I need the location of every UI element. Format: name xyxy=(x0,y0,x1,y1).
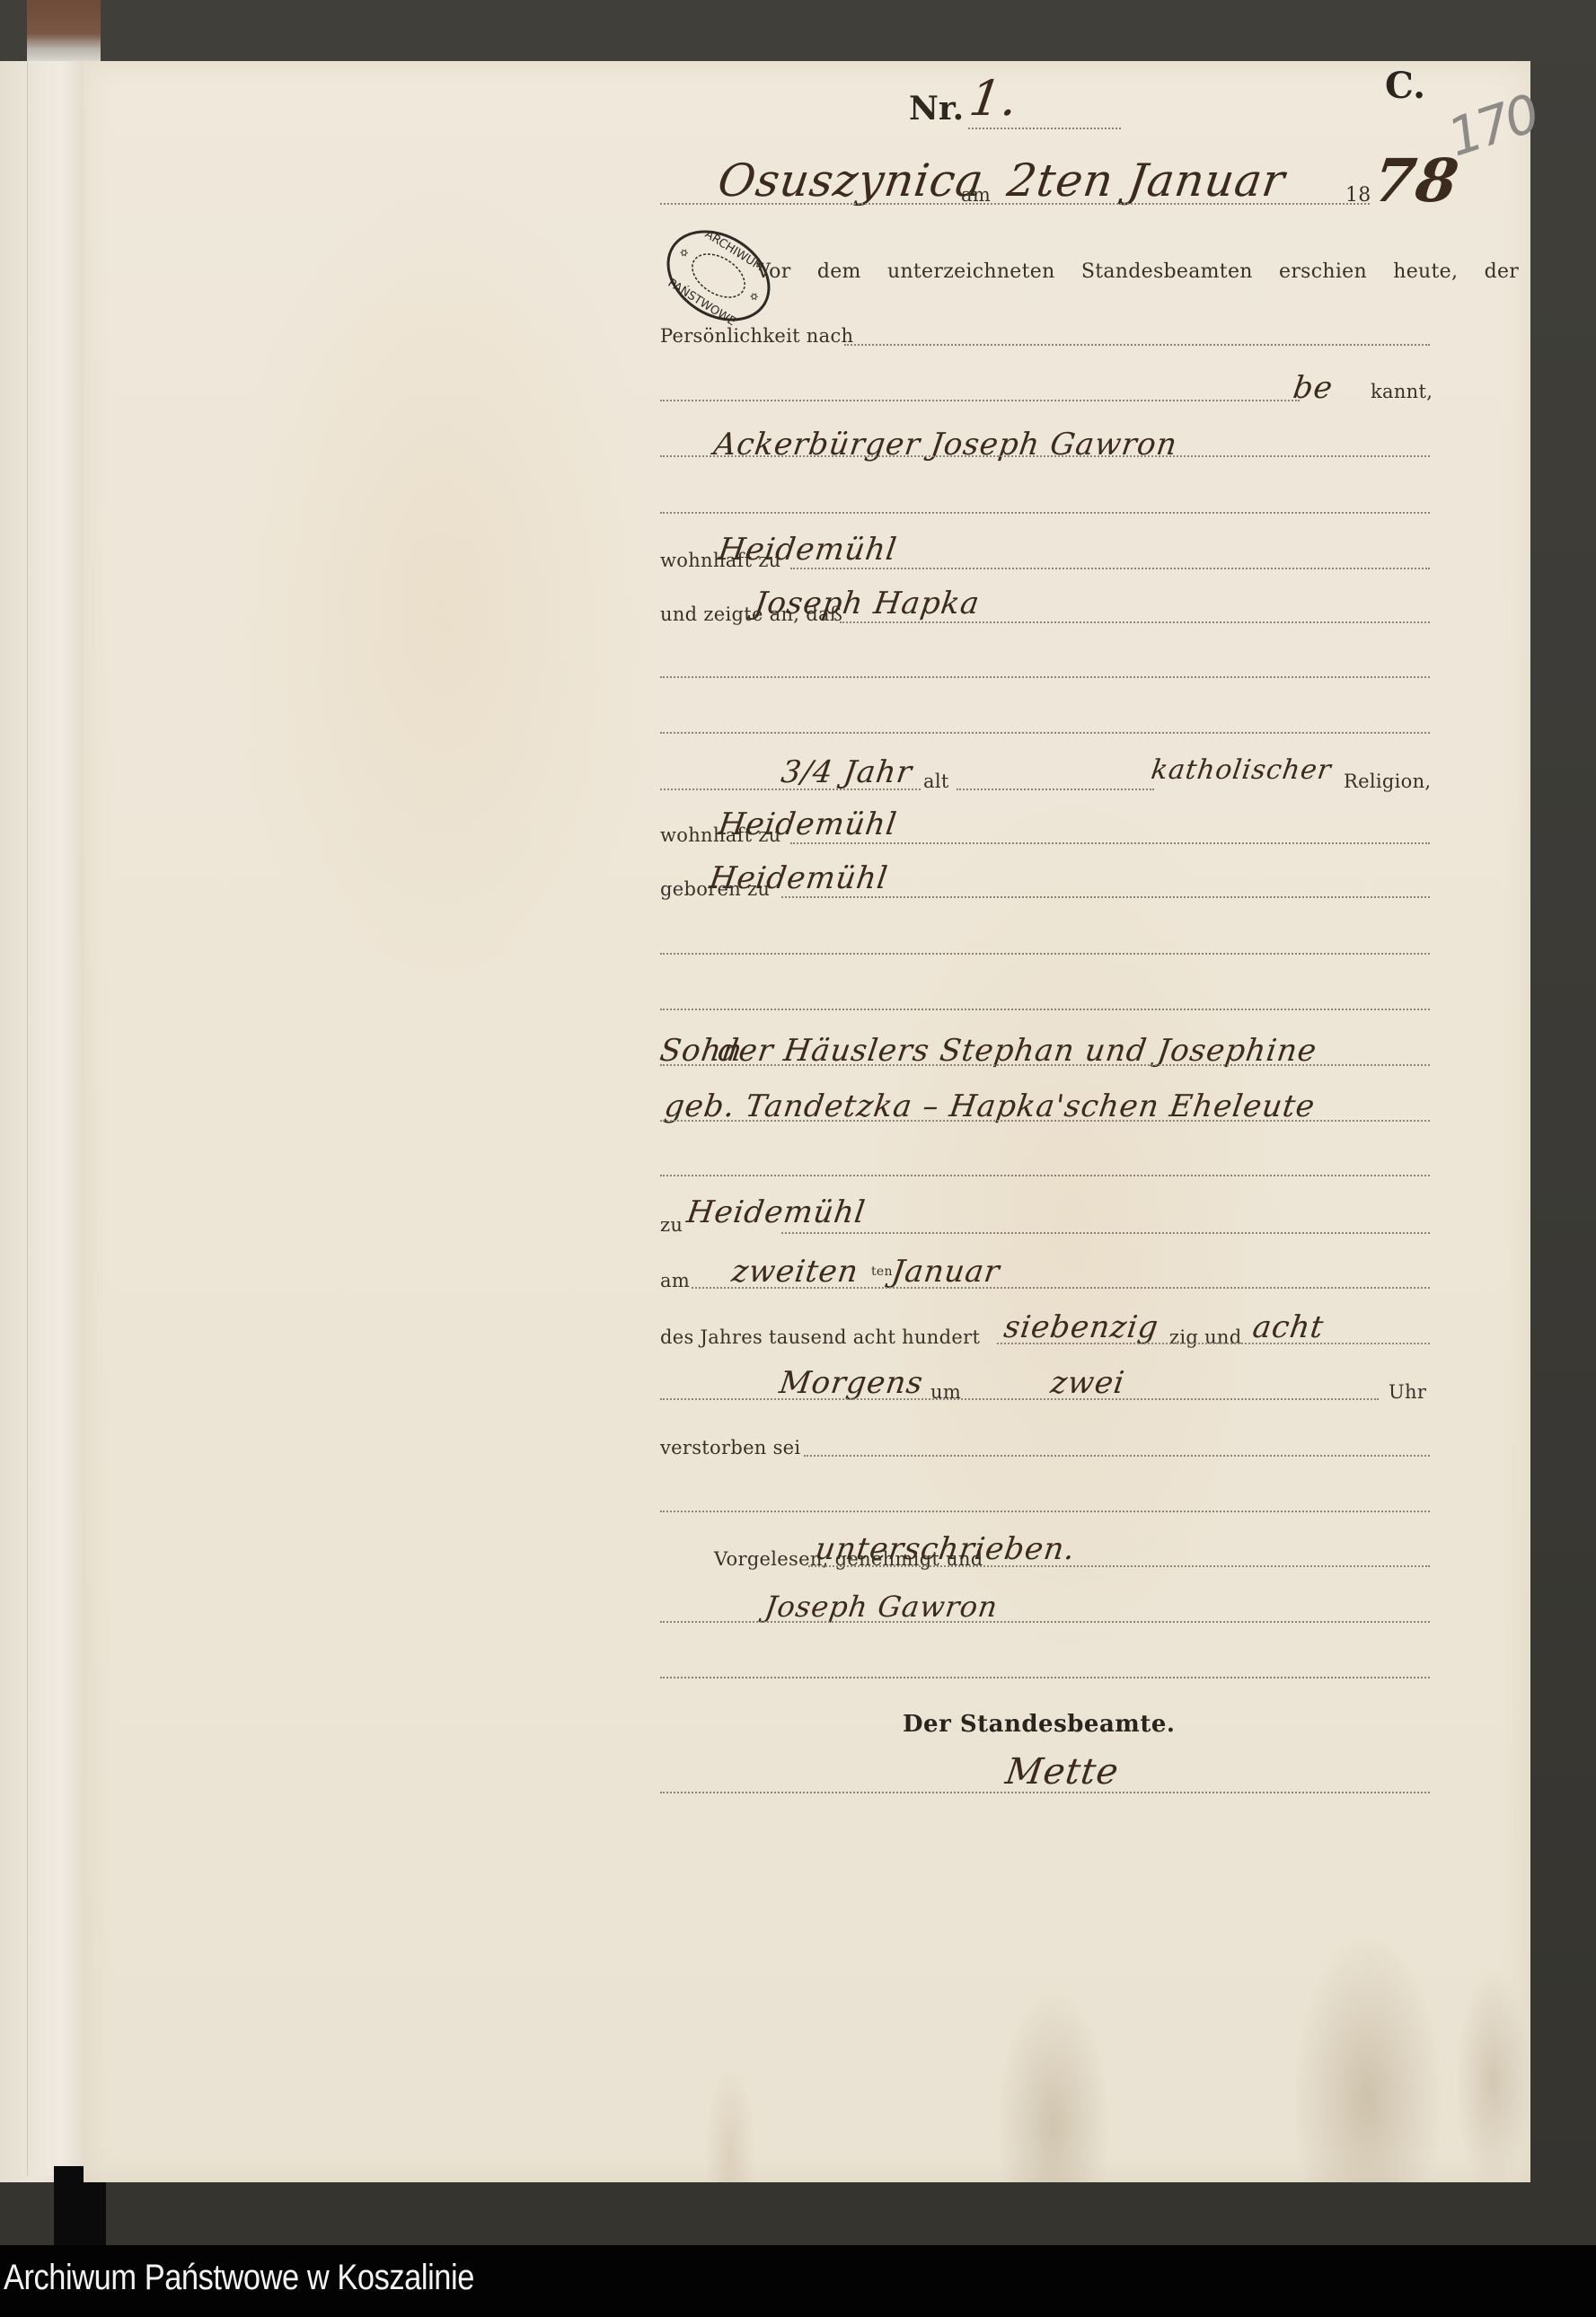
official-heading: Der Standesbeamte. xyxy=(903,1711,1175,1738)
death-place: Heidemühl xyxy=(684,1194,868,1230)
binding-fold xyxy=(27,61,84,2176)
am-label: am xyxy=(660,1270,690,1291)
wohnhaft-line-2 xyxy=(790,842,1430,844)
informant-residence: Heidemühl xyxy=(716,532,899,568)
year-suffix: 78 xyxy=(1370,145,1464,216)
persoenlichkeit-label: Persönlichkeit nach xyxy=(660,325,853,347)
deceased-line xyxy=(840,621,1430,623)
informant-signature-line xyxy=(660,1621,1430,1623)
deceased-name: Joseph Hapka xyxy=(752,586,982,621)
record-number-line xyxy=(968,128,1121,129)
official-signature: Mette xyxy=(1003,1751,1122,1793)
deceased-age: 3/4 Jahr xyxy=(779,754,914,790)
svg-text:✡: ✡ xyxy=(677,245,692,260)
official-signature-line xyxy=(660,1792,1430,1793)
intro-text: Vor dem unterzeichneten Standesbeamten e… xyxy=(756,260,1519,283)
parents-line-2: geb. Tandetzka – Hapka'schen Eheleute xyxy=(662,1088,1318,1124)
religion-label: Religion, xyxy=(1344,771,1431,792)
time-of-day: Morgens xyxy=(777,1365,925,1401)
parents-line-1: der Häuslers Stephan und Josephine xyxy=(716,1033,1319,1069)
alt-label: alt xyxy=(923,771,949,792)
parents-line-1-rule xyxy=(660,1064,1430,1066)
zu-label: zu xyxy=(660,1214,683,1236)
year-units: acht xyxy=(1250,1309,1326,1345)
parents-line-2-rule xyxy=(660,1120,1430,1122)
blank-line-6 xyxy=(660,1175,1430,1176)
informant-name: Ackerbürger Joseph Gawron xyxy=(711,427,1179,463)
archive-footer-banner: Archiwum Państwowe w Koszalinie xyxy=(0,2245,1596,2317)
uhr-label: Uhr xyxy=(1389,1381,1426,1403)
vorgelesen-line xyxy=(808,1565,1430,1567)
time-line xyxy=(660,1398,1379,1400)
record-number-value: 1. xyxy=(966,70,1022,127)
informant-signature: Joseph Gawron xyxy=(763,1590,1000,1624)
verstorben-line xyxy=(804,1455,1430,1457)
blank-line-7 xyxy=(660,1511,1430,1512)
archive-name: Archiwum Państwowe w Koszalinie xyxy=(4,2258,474,2298)
age-line xyxy=(660,788,921,790)
year-line xyxy=(997,1343,1430,1344)
blank-line-4 xyxy=(660,953,1430,955)
death-place-line xyxy=(781,1232,1430,1234)
vorgelesen-handwritten: unterschrieben. xyxy=(813,1531,1078,1567)
date-line xyxy=(660,203,1370,205)
death-month: Januar xyxy=(889,1254,1002,1290)
bekannt-line xyxy=(660,400,1300,401)
religion-line xyxy=(957,788,1154,790)
blank-line-8 xyxy=(660,1677,1430,1678)
deceased-residence: Heidemühl xyxy=(716,806,899,842)
binding-thread xyxy=(27,0,101,61)
blank-line-2 xyxy=(660,676,1430,678)
death-day: zweiten xyxy=(729,1254,860,1290)
blank-line-5 xyxy=(660,1009,1430,1010)
registration-date: 2ten Januar xyxy=(1004,154,1289,207)
year-label: des Jahres tausend acht hundert xyxy=(660,1326,980,1348)
verstorben-label: verstorben sei xyxy=(660,1437,800,1458)
series-letter: C. xyxy=(1385,65,1425,107)
ten-label: ten xyxy=(871,1264,893,1279)
svg-text:✡: ✡ xyxy=(747,289,762,304)
birthplace: Heidemühl xyxy=(707,860,890,896)
blank-line-3 xyxy=(660,732,1430,734)
blank-line-1 xyxy=(660,512,1430,514)
informant-line xyxy=(660,455,1430,457)
bekannt-label: kannt, xyxy=(1371,381,1433,402)
year-tens: siebenzig xyxy=(1001,1309,1160,1345)
deceased-religion: katholischer xyxy=(1150,754,1334,786)
persoenlichkeit-line xyxy=(844,344,1430,346)
wohnhaft-line-1 xyxy=(790,568,1430,569)
zig-und-label: zig und xyxy=(1169,1326,1242,1348)
bekannt-handwritten: be xyxy=(1291,370,1336,406)
death-hour: zwei xyxy=(1048,1365,1127,1401)
geboren-line xyxy=(781,896,1430,898)
death-date-line xyxy=(692,1287,1430,1289)
place-of-registration: Osuszynica xyxy=(715,154,987,207)
record-number-label: Nr. xyxy=(909,90,964,128)
